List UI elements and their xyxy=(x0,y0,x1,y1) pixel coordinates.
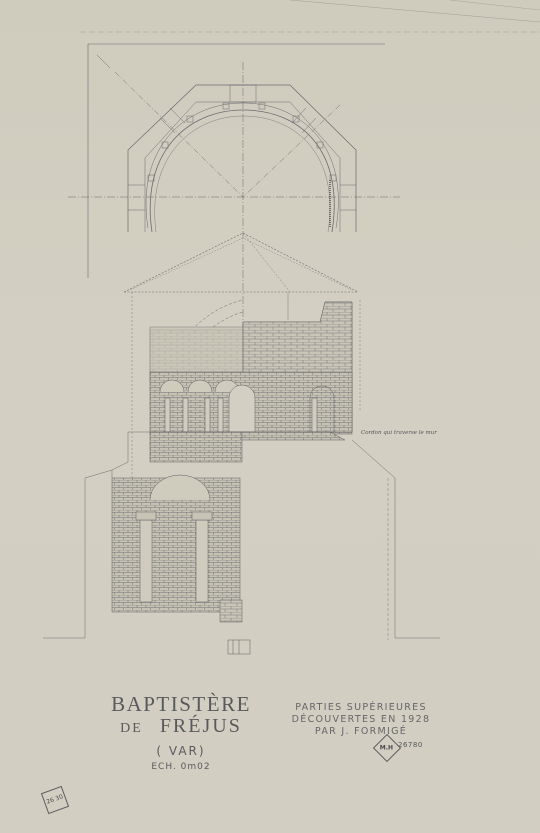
roof-line xyxy=(124,233,358,292)
octagon-outline xyxy=(128,85,356,232)
left-outline xyxy=(43,470,112,638)
title-line-2: DE FRÉJUS xyxy=(96,715,266,740)
title-block: BAPTISTÈRE DE FRÉJUS ( VAR) ECH. 0m02 xyxy=(96,693,266,774)
stamp-number: 26780 xyxy=(398,741,423,749)
notes-decouvertes: DÉCOUVERTES xyxy=(292,714,377,725)
window-arch xyxy=(229,385,255,432)
notes-line-1: PARTIES SUPÉRIEURES xyxy=(286,702,436,714)
title-var: ( VAR) xyxy=(96,742,266,760)
drawing-sheet: Cordon qui traverse le mur BAPTISTÈRE DE… xyxy=(0,0,540,833)
title-line-1: BAPTISTÈRE xyxy=(96,693,266,715)
right-outline xyxy=(352,440,440,638)
column-left xyxy=(140,520,152,602)
notes-block: PARTIES SUPÉRIEURES DÉCOUVERTES EN 1928 … xyxy=(286,702,436,738)
stamp-label: M.H xyxy=(380,745,393,752)
title-de: DE xyxy=(120,721,143,736)
architectural-drawing xyxy=(0,0,540,833)
notes-line-3: PAR J. FORMIGÉ xyxy=(286,726,436,738)
annotation-cordon: Cordon qui traverse le mur xyxy=(361,430,437,436)
notes-line-2: DÉCOUVERTES EN 1928 xyxy=(286,714,436,726)
title-frejus: FRÉJUS xyxy=(160,715,242,737)
column-right xyxy=(196,520,208,602)
scale-label: ECH. 0m02 xyxy=(96,760,266,774)
notes-year: EN 1928 xyxy=(381,714,430,725)
